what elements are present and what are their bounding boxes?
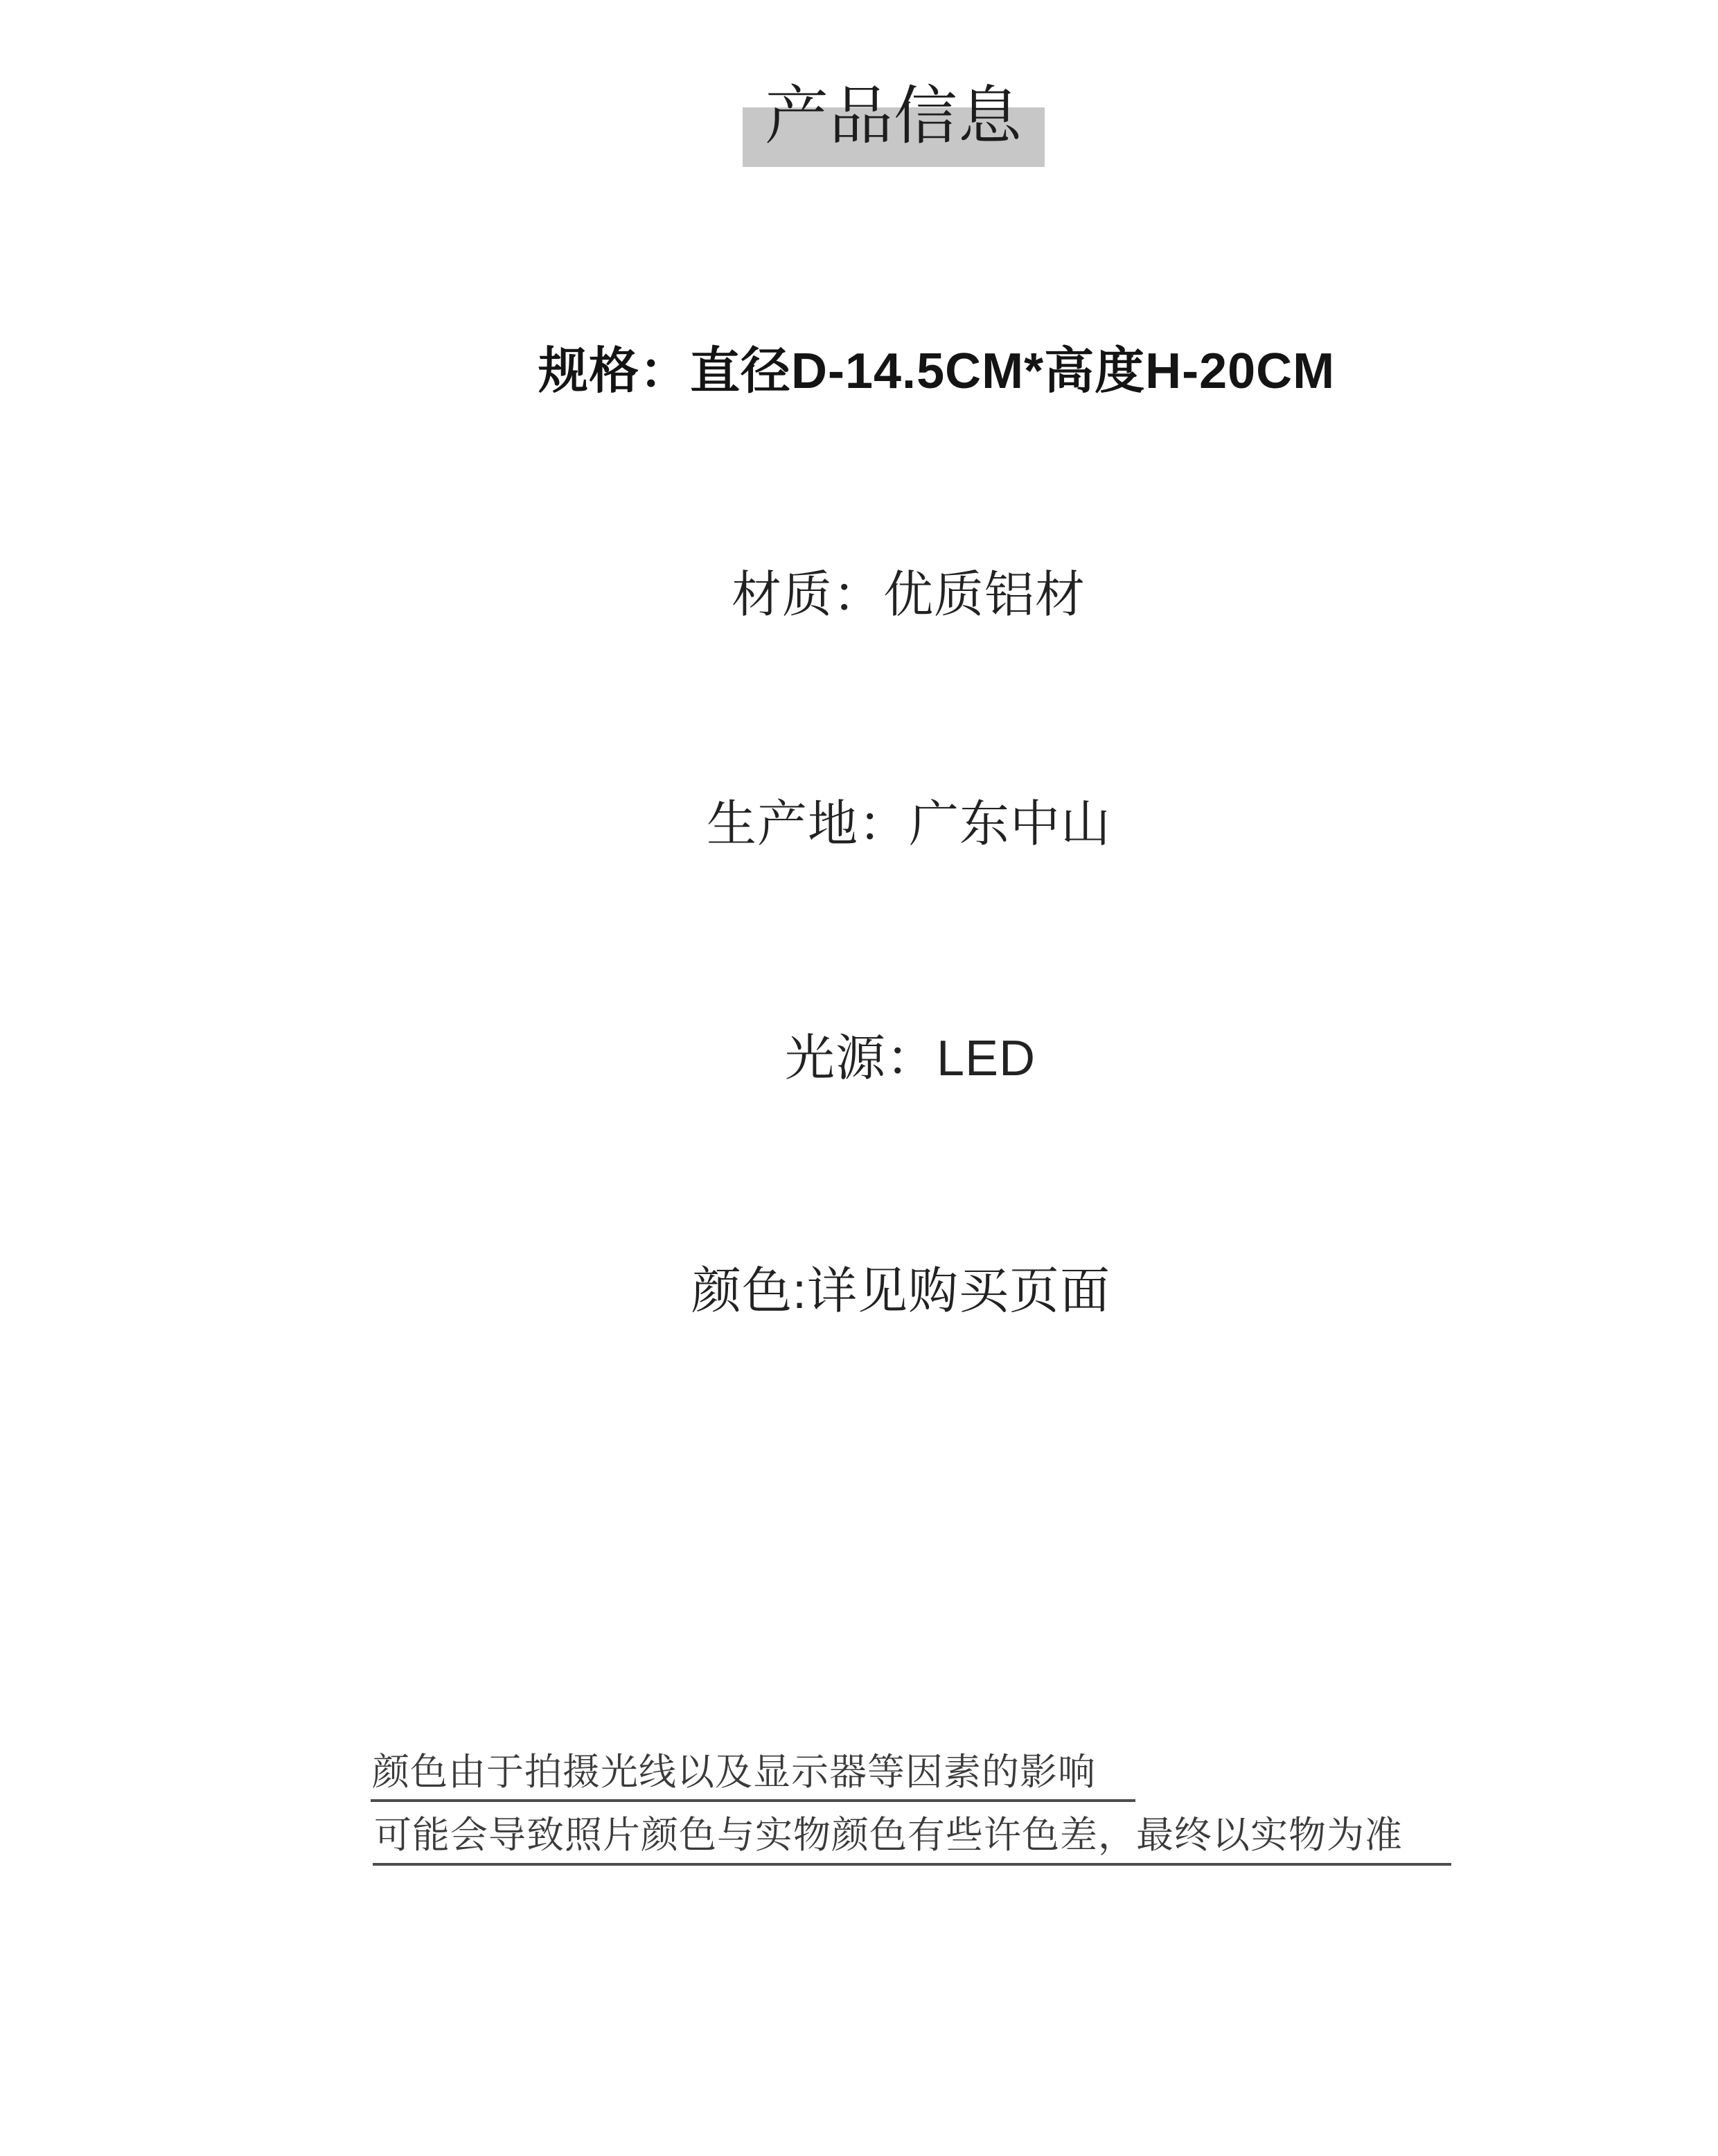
- page-title: 产品信息: [743, 85, 1045, 148]
- disclaimer-divider-2: [373, 1863, 1451, 1866]
- disclaimer-divider-1: [371, 1799, 1135, 1802]
- spec-line: 规格：直径D-14.5CM*高度H-20CM: [538, 346, 1335, 396]
- light-source-line: 光源：LED: [785, 1034, 1036, 1084]
- disclaimer-line-2: 可能会导致照片颜色与实物颜色有些许色差，最终以实物为准: [374, 1817, 1403, 1854]
- material-line: 材质：优质铝材: [732, 570, 1086, 620]
- product-info-page: 产品信息 规格：直径D-14.5CM*高度H-20CM 材质：优质铝材 生产地：…: [0, 0, 1718, 2156]
- disclaimer-line-1: 颜色由于拍摄光线以及显示器等因素的影响: [372, 1753, 1096, 1791]
- origin-line: 生产地：广东中山: [707, 799, 1111, 849]
- color-line: 颜色:详见购买页面: [691, 1266, 1110, 1316]
- page-title-block: 产品信息: [743, 85, 1045, 168]
